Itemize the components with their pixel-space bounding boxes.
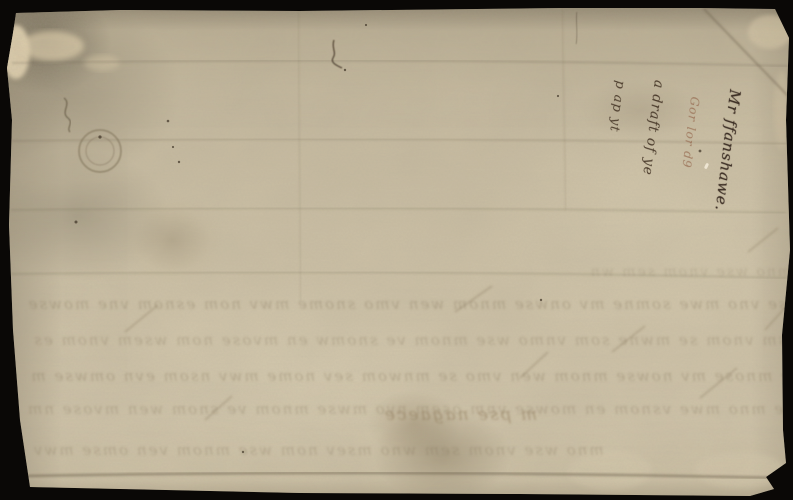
parchment-texture-layer: wom mnse vno mwe somne mv onwse mnom wen… (0, 0, 793, 500)
endorsement-line-shelfmark: Gor lor d9 (670, 96, 702, 243)
endorsement-rotated-block: Mr ffanshawe. Gor lor d9 a draft of ye p… (594, 75, 744, 248)
endorsement-inscription: Mr ffanshawe. Gor lor d9 a draft of ye p… (604, 82, 734, 240)
parchment-sheet: wom mnse vno mwe somne mv onwse mnom wen… (0, 0, 793, 500)
grain-texture (0, 0, 793, 500)
endorsement-line-docket: a draft of ye (632, 79, 667, 238)
ghost-text-line: snom vwe mnose mv nowse mnom wen vmo se … (29, 367, 793, 385)
ghost-text-line: mno wse vnom sem wno msev nom wse mnom v… (0, 441, 604, 459)
ghost-text-line: mno wesm vnom se mwne som vnmo wse mnom … (32, 331, 793, 349)
ghost-signature-fragment: m pse nagaece (383, 405, 537, 425)
ghost-text-line: mno wse vnom sem wn (589, 264, 791, 280)
ghost-text-line: wom mnse vno mwe somne mv onwse mnom wen… (27, 295, 793, 313)
manuscript-photo: wom mnse vno mwe somne mv onwse mnom wen… (0, 0, 793, 500)
